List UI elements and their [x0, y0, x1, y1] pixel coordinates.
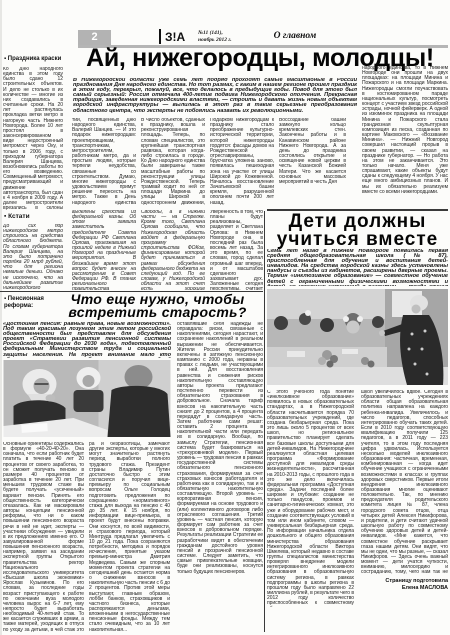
article-vertical-divider: [264, 211, 265, 632]
main-article-column-left: Ко Дню народного единства в этом году бы…: [3, 67, 63, 210]
pension-article-headline: Что еще нужно, чтобы встретить старость?: [52, 293, 263, 319]
pension-article-lead: «Достойная пенсия: равные права, новые в…: [3, 322, 171, 358]
main-article-column-c: Подарком нижегородцам к празднику стало …: [210, 118, 274, 206]
classroom-photo: [267, 289, 448, 385]
main-article-column-a: тий, посвященных Дню народного единства,…: [72, 118, 136, 206]
children-article-column-2: школ увеличилось вдвое. Сегодня в образо…: [361, 390, 448, 576]
pensioners-photo: [3, 360, 171, 437]
page-left-edge: [0, 0, 2, 635]
pension-article-column-2: ра и безработицы, замечают другие экспер…: [89, 442, 170, 632]
children-article-lead: Семь лет назад в Нижнем Новгороде появил…: [267, 249, 448, 286]
main-article-column-right: народного единства, то в Нижнем Новгород…: [362, 66, 448, 206]
newspaper-logo: З!А: [165, 30, 185, 44]
pension-kicker-line2: реформа:: [4, 303, 54, 310]
pension-article-kicker: ▪ Пенсионная реформа:: [4, 296, 54, 310]
main-article-lead: В Нижегородской области уже семь лет под…: [73, 78, 357, 115]
children-headline-line2: учиться вместе: [267, 231, 448, 249]
main-article-column-d: Воссоздание башни замкнуло кольцо кремле…: [279, 118, 346, 206]
header-divider-line: [159, 29, 161, 44]
pension-article-column-1: Основные ориентиры содержались в формуле…: [3, 442, 84, 632]
kstati-column-3: Свободы, а в нижней части — на Стрелке. …: [141, 210, 205, 290]
pension-article-column-3: оставлявшие себя надежды не оправдала: р…: [177, 322, 263, 632]
page-number-badge: 2: [78, 30, 111, 45]
children-headline-line1: Дети должны: [267, 213, 448, 231]
byline-line2: Елена МАСЛОВА: [361, 585, 448, 592]
pension-headline-line2: встретить старость?: [52, 306, 263, 319]
pension-kicker-line1: ▪ Пенсионная: [4, 296, 54, 303]
kstati-label: ▪ Кстати: [4, 213, 30, 220]
main-article-column-b: В число объектов, сданных к празднику, в…: [141, 118, 205, 206]
children-article-column-2-group: школ увеличилось вдвое. Сегодня в образо…: [361, 390, 448, 591]
kstati-column-2: выделены средства из федеральной казны. …: [72, 210, 136, 290]
byline: Страницу подготовила Елена МАСЛОВА: [361, 578, 448, 591]
children-article-column-1: С этого учебного года понятие «инклюзивн…: [267, 390, 354, 607]
kstati-column-1: До сих пор нижегородское метро строилось…: [3, 224, 63, 290]
main-article-kicker: ▪ Праздника краски: [4, 56, 66, 63]
section-title: О главном: [240, 31, 350, 41]
newspaper-page: 2 З!А №11 (141), ноябрь 2012 г. О главно…: [0, 0, 450, 635]
main-article-column-c-bottom: Уверенность в том, что планы будут реали…: [210, 210, 263, 290]
children-article-headline: Дети должны учиться вместе: [267, 213, 448, 248]
